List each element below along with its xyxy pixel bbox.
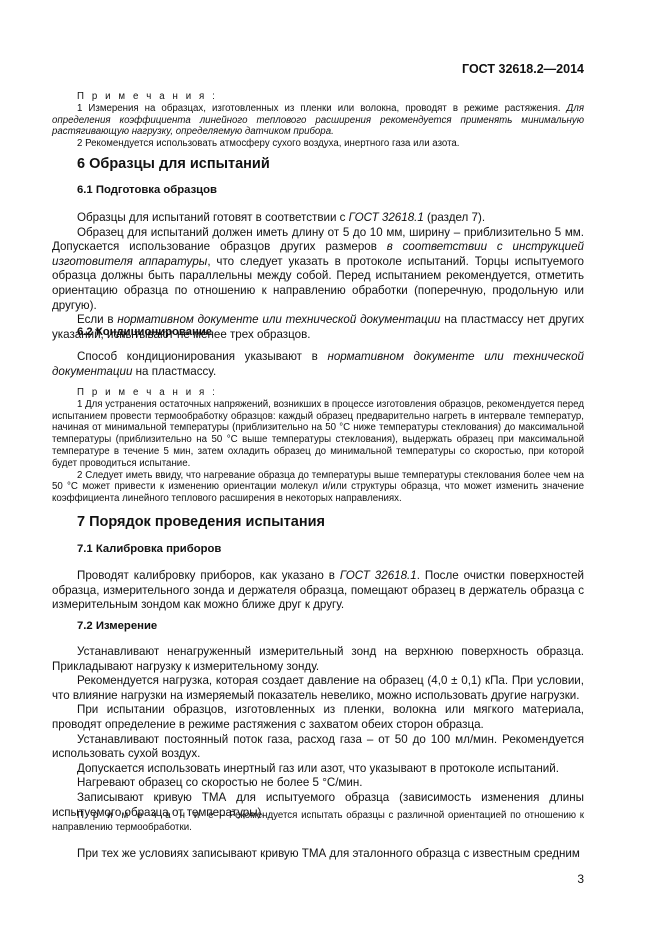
document-id-header: ГОСТ 32618.2—2014 — [462, 62, 584, 76]
section-7-2-body: Устанавливают ненагруженный измерительны… — [52, 645, 584, 820]
section-6-2-body: Способ кондиционирования указывают в нор… — [52, 350, 584, 379]
paragraph: Допускается использовать инертный газ ил… — [52, 762, 584, 777]
section-6-1-heading: 6.1 Подготовка образцов — [52, 184, 609, 196]
section-7-2-continuation: При тех же условиях записывают кривую ТМ… — [52, 847, 584, 862]
note-item: П р и м е ч а н и е – Рекомендуется испы… — [52, 810, 584, 834]
paragraph: Образцы для испытаний готовят в соответс… — [52, 211, 584, 226]
notes-label: П р и м е ч а н и я : — [77, 91, 217, 102]
note-item: 1 Для устранения остаточных напряжений, … — [52, 399, 584, 470]
paragraph: Нагревают образец со скоростью не более … — [52, 776, 584, 791]
paragraph: Способ кондиционирования указывают в нор… — [52, 350, 584, 379]
note-item: 2 Рекомендуется использовать атмосферу с… — [52, 138, 584, 150]
section-7-heading: 7 Порядок проведения испытания — [52, 514, 609, 530]
paragraph: Рекомендуется нагрузка, которая создает … — [52, 674, 584, 703]
paragraph: При испытании образцов, изготовленных из… — [52, 703, 584, 732]
note-item: 1 Измерения на образцах, изготовленных и… — [52, 103, 584, 138]
notes-label: П р и м е ч а н и я : — [77, 387, 217, 398]
paragraph: Устанавливают постоянный поток газа, рас… — [52, 733, 584, 762]
section-6-heading: 6 Образцы для испытаний — [52, 156, 609, 172]
notes-block-1: П р и м е ч а н и я : 1 Измерения на обр… — [52, 91, 584, 150]
notes-block-2: П р и м е ч а н и я : 1 Для устранения о… — [52, 387, 584, 505]
section-6-1-body: Образцы для испытаний готовят в соответс… — [52, 211, 584, 342]
note-item: 2 Следует иметь ввиду, что нагревание об… — [52, 470, 584, 505]
section-7-1-body: Проводят калибровку приборов, как указан… — [52, 569, 584, 613]
paragraph: При тех же условиях записывают кривую ТМ… — [52, 847, 584, 862]
standard-reference: ГОСТ 32618.1 — [340, 569, 417, 582]
standard-reference: ГОСТ 32618.1 — [349, 211, 424, 224]
page-number: 3 — [577, 872, 584, 886]
section-7-2-heading: 7.2 Измерение — [52, 620, 609, 632]
paragraph: Проводят калибровку приборов, как указан… — [52, 569, 584, 613]
note-block-3: П р и м е ч а н и е – Рекомендуется испы… — [52, 810, 584, 834]
section-7-1-heading: 7.1 Калибровка приборов — [52, 543, 609, 555]
paragraph: Образец для испытаний должен иметь длину… — [52, 226, 584, 314]
section-6-2-heading: 6.2 Кондиционирование — [52, 326, 609, 338]
paragraph: Устанавливают ненагруженный измерительны… — [52, 645, 584, 674]
